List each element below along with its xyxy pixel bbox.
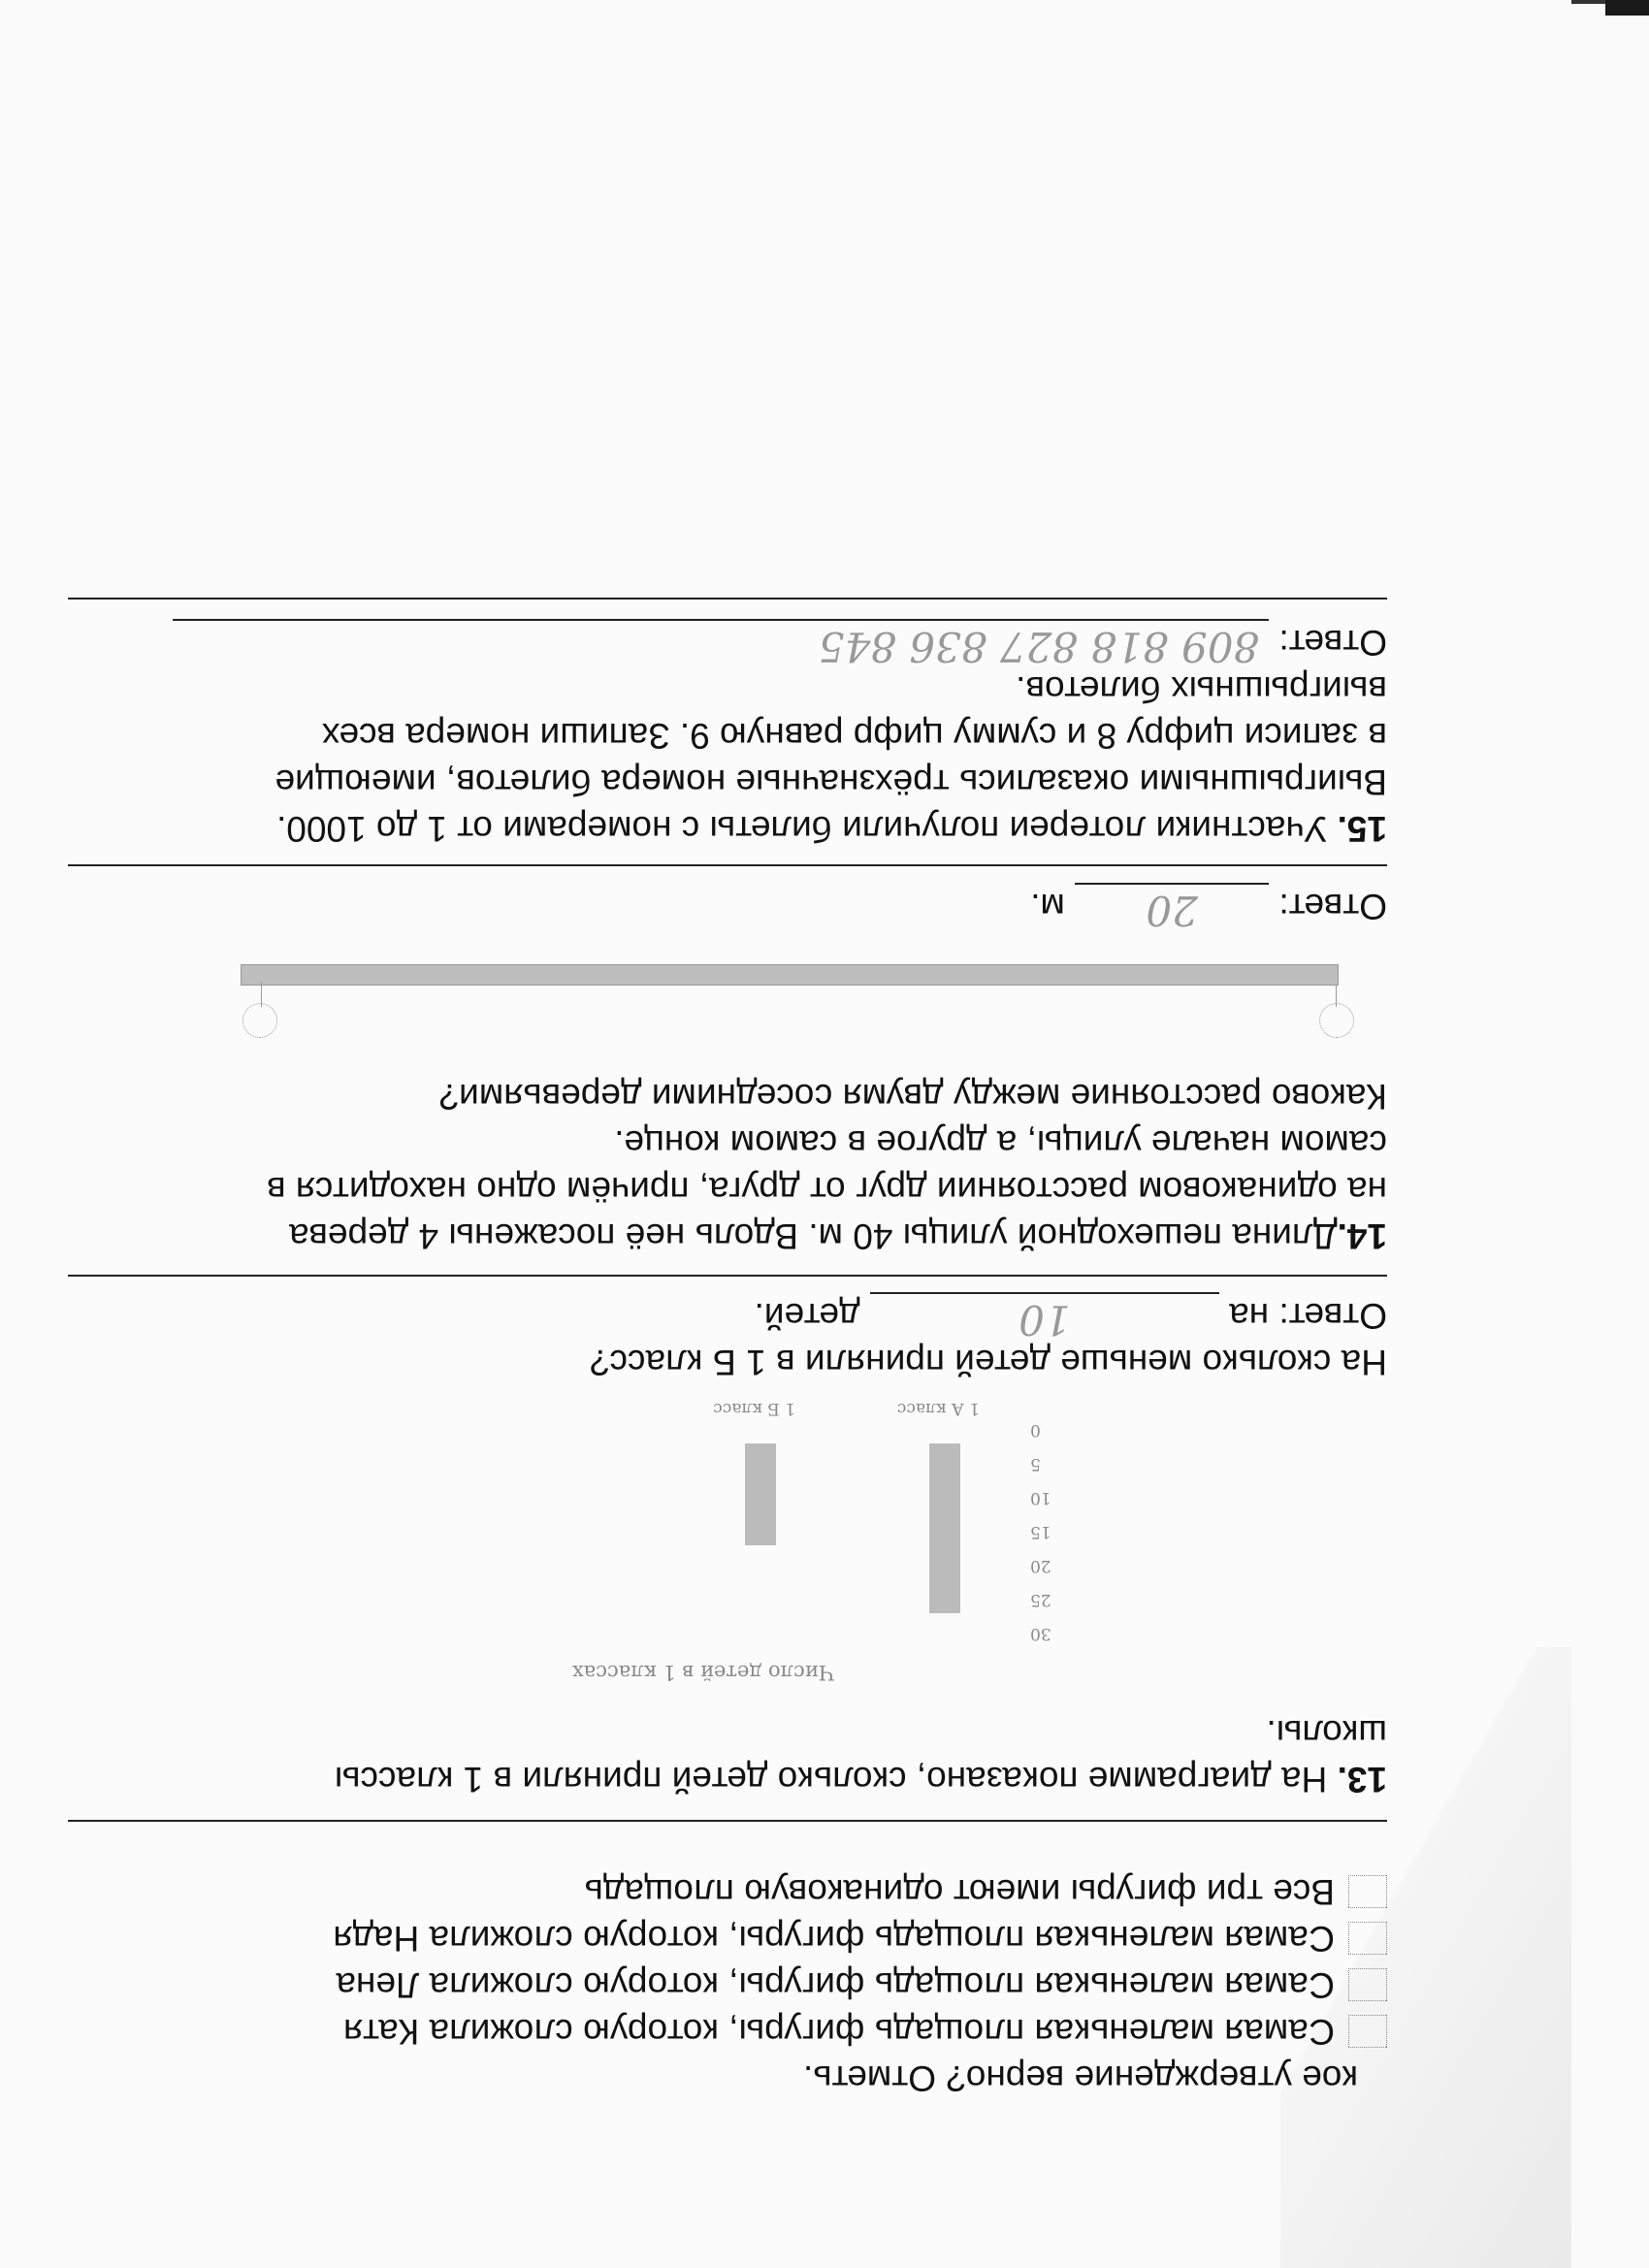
tree-icon	[242, 1003, 277, 1038]
answer-field[interactable]: 10	[870, 1292, 1219, 1333]
question-12: кое утверждение верно? Отметь. Самая мал…	[68, 1868, 1387, 2101]
divider	[68, 864, 1387, 866]
x-tick-label: 1 Б класс	[713, 1385, 795, 1432]
paper-sheet: кое утверждение верно? Отметь. Самая мал…	[0, 0, 1571, 2268]
q12-option-3[interactable]: Самая маленькая площадь фигуры, которую …	[68, 1915, 1387, 1961]
checkbox[interactable]	[1348, 1875, 1387, 1908]
x-tick-label: 1 А класс	[897, 1385, 980, 1432]
chart-title: Число детей в 1 классах	[572, 1649, 834, 1696]
divider	[68, 1275, 1387, 1277]
y-tick: 30	[1030, 1610, 1057, 1657]
question-15: 15. Участники лотереи получили билеты с …	[68, 619, 1387, 852]
bar-chart: Число детей в 1 классах 0510152025301 А …	[475, 1405, 1057, 1696]
worksheet-page: кое утверждение верно? Отметь. Самая мал…	[0, 0, 1649, 2268]
question-13-ask: На сколько меньше детей приняли в 1 Б кл…	[68, 1292, 1387, 1385]
bar	[745, 1443, 776, 1545]
street-bar	[241, 964, 1339, 986]
checkbox[interactable]	[1348, 1922, 1387, 1955]
q12-option-2[interactable]: Самая маленькая площадь фигуры, которую …	[68, 1961, 1387, 2008]
answer-line-extra	[68, 598, 1387, 599]
divider	[68, 1820, 1387, 1822]
question-13: 13. На диаграмме показано, сколько детей…	[68, 1709, 1387, 1802]
bar	[929, 1443, 960, 1613]
question-14-answer: Ответ: 20 м.	[68, 883, 1387, 929]
question-14: 14.Длина пешеходной улицы 40 м. Вдоль не…	[68, 1073, 1387, 1259]
q12-option-1[interactable]: Самая маленькая площадь фигуры, которую …	[68, 2008, 1387, 2055]
q12-prompt: кое утверждение верно? Отметь.	[68, 2055, 1387, 2101]
answer-field[interactable]: 20	[1075, 883, 1269, 923]
checkbox[interactable]	[1348, 2015, 1387, 2048]
checkbox[interactable]	[1348, 1968, 1387, 2001]
q12-option-4[interactable]: Все три фигуры имеют одинаковую площадь	[68, 1868, 1387, 1915]
tree-icon	[1319, 1003, 1354, 1038]
answer-field[interactable]: 809 818 827 836 845	[173, 619, 1269, 660]
